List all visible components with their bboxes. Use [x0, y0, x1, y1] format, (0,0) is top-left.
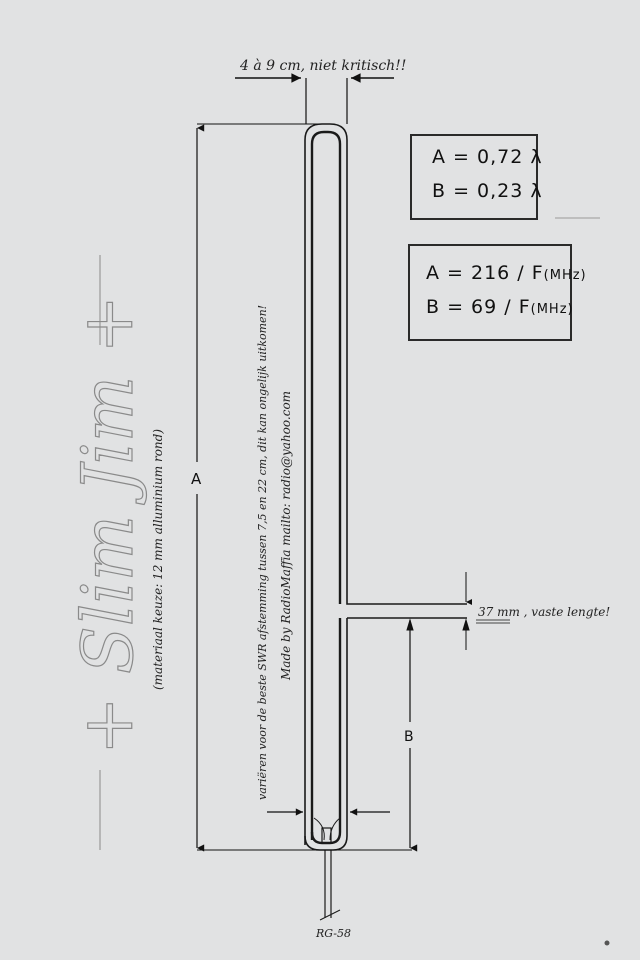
swr-note: variëren voor de beste SWR afstemming tu…: [256, 305, 269, 800]
dimension-b-label: B: [404, 729, 414, 745]
formula-a-frequency-value: A = 216 / F: [426, 262, 544, 284]
formula-b-wavelength: B = 0,23 λ: [432, 180, 543, 202]
feed-gap-note: 37 mm , vaste lengte!: [478, 605, 610, 619]
formula-a-wavelength: A = 0,72 λ: [432, 146, 543, 168]
formula-b-frequency: B = 69 / F(MHz): [426, 296, 574, 318]
title: + Slim Jim +: [67, 295, 149, 755]
gap-note: 4 à 9 cm, niet kritisch!!: [239, 58, 406, 74]
formula-b-frequency-unit: (MHz): [531, 302, 574, 317]
formula-a-frequency-unit: (MHz): [544, 268, 587, 283]
diagram-page: A B 4 à 9 cm, niet kritisch!! 37 mm , va…: [0, 0, 640, 960]
author-note: Made by RadioMaffia mailto: radio@yahoo.…: [279, 391, 293, 681]
frequency-formula-box: A = 216 / F(MHz) B = 69 / F(MHz): [408, 244, 572, 341]
dimension-a-label: A: [191, 470, 202, 488]
formula-a-frequency: A = 216 / F(MHz): [426, 262, 587, 284]
material-note: (materiaal keuze: 12 mm alluminium rond): [151, 429, 165, 690]
cable-label: RG-58: [315, 927, 351, 940]
slim-jim-antenna-drawing: A B 4 à 9 cm, niet kritisch!! 37 mm , va…: [0, 0, 640, 960]
wavelength-formula-box: A = 0,72 λ B = 0,23 λ: [410, 134, 538, 220]
formula-b-frequency-value: B = 69 / F: [426, 296, 531, 318]
gap-dimension: [235, 78, 394, 124]
feed-gap-dimension: [463, 572, 469, 650]
title-decoration: + Slim Jim +: [67, 255, 149, 850]
